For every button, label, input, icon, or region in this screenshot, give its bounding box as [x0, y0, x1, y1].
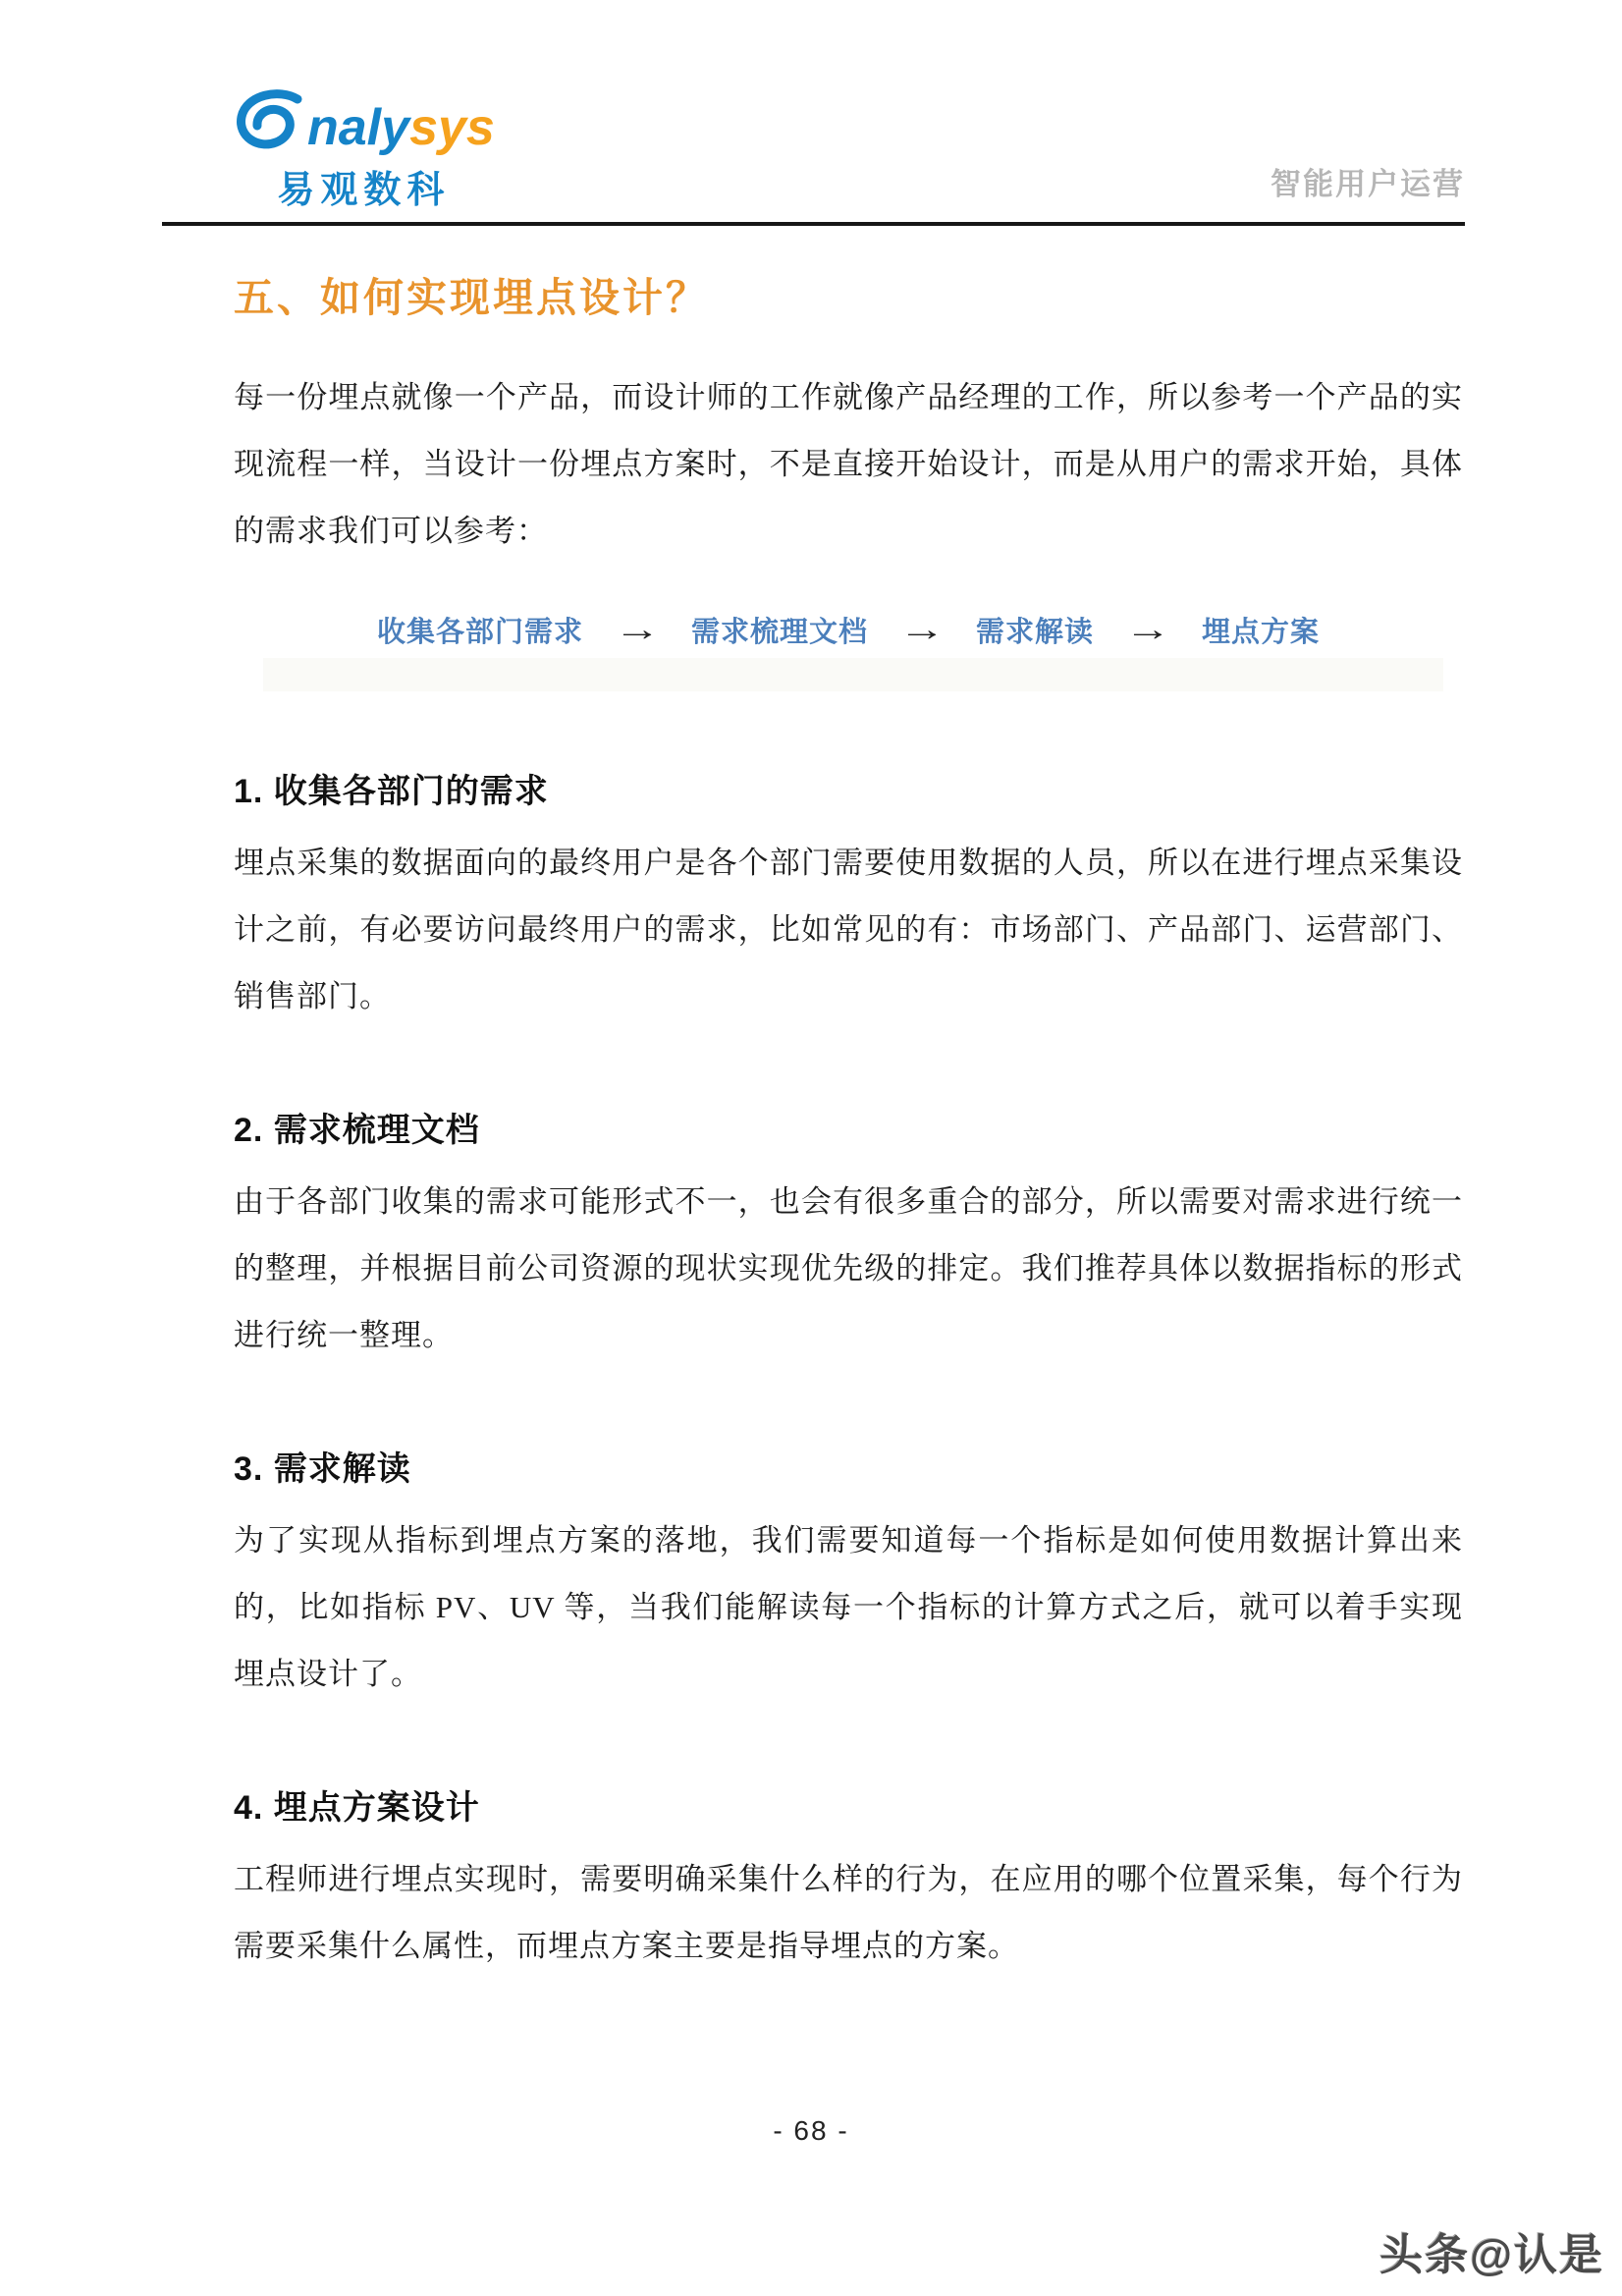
header-divider — [162, 222, 1465, 226]
document-content: 五、如何实现埋点设计？ 每一份埋点就像一个产品，而设计师的工作就像产品经理的工作… — [234, 247, 1463, 1980]
process-flow-diagram: 收集各部门需求 → 需求梳理文档 → 需求解读 → 埋点方案 — [234, 610, 1463, 650]
logo-subtitle: 易观数科 — [233, 159, 495, 213]
section-heading: 2. 需求梳理文档 — [234, 1103, 1463, 1151]
section-heading: 1. 收集各部门的需求 — [234, 764, 1463, 812]
section-heading: 3. 需求解读 — [234, 1442, 1463, 1490]
analysys-logo: nalysys 易观数科 — [233, 86, 495, 213]
section-requirements-document: 2. 需求梳理文档 由于各部门收集的需求可能形式不一，也会有很多重合的部分，所以… — [234, 1103, 1463, 1369]
arrow-right-icon: → — [898, 611, 946, 649]
watermark: 头条@认是 — [1379, 2219, 1604, 2282]
flow-step-4: 埋点方案 — [1202, 610, 1320, 650]
flow-image-background-band — [263, 658, 1443, 691]
arrow-right-icon: → — [1124, 611, 1171, 649]
page-number: - 68 - — [0, 2115, 1622, 2147]
document-page: nalysys 易观数科 智能用户运营 五、如何实现埋点设计？ 每一份埋点就像一… — [0, 0, 1622, 2296]
flow-step-2: 需求梳理文档 — [691, 610, 868, 650]
logo-wordmark: nalysys — [307, 102, 495, 153]
page-title: 五、如何实现埋点设计？ — [234, 265, 1463, 323]
section-tracking-plan-design: 4. 埋点方案设计 工程师进行埋点实现时，需要明确采集什么样的行为，在应用的哪个… — [234, 1780, 1463, 1980]
logo-wordmark-main: naly — [307, 99, 409, 156]
section-body: 由于各部门收集的需求可能形式不一，也会有很多重合的部分，所以需要对需求进行统一的… — [234, 1169, 1463, 1369]
section-requirements-interpretation: 3. 需求解读 为了实现从指标到埋点方案的落地，我们需要知道每一个指标是如何使用… — [234, 1442, 1463, 1708]
page-header: nalysys 易观数科 智能用户运营 — [162, 86, 1465, 213]
section-body: 为了实现从指标到埋点方案的落地，我们需要知道每一个指标是如何使用数据计算出来的，… — [234, 1507, 1463, 1708]
header-right-label: 智能用户运营 — [1271, 159, 1465, 203]
intro-paragraph: 每一份埋点就像一个产品，而设计师的工作就像产品经理的工作，所以参考一个产品的实现… — [234, 364, 1463, 565]
section-body: 埋点采集的数据面向的最终用户是各个部门需要使用数据的人员，所以在进行埋点采集设计… — [234, 830, 1463, 1030]
analysys-swoosh-icon — [233, 86, 305, 159]
logo-wordmark-accent: sys — [409, 99, 495, 156]
section-heading: 4. 埋点方案设计 — [234, 1780, 1463, 1829]
arrow-right-icon: → — [614, 611, 661, 649]
flow-step-1: 收集各部门需求 — [377, 610, 583, 650]
flow-step-3: 需求解读 — [976, 610, 1094, 650]
section-collect-requirements: 1. 收集各部门的需求 埋点采集的数据面向的最终用户是各个部门需要使用数据的人员… — [234, 764, 1463, 1030]
section-body: 工程师进行埋点实现时，需要明确采集什么样的行为，在应用的哪个位置采集，每个行为需… — [234, 1846, 1463, 1980]
